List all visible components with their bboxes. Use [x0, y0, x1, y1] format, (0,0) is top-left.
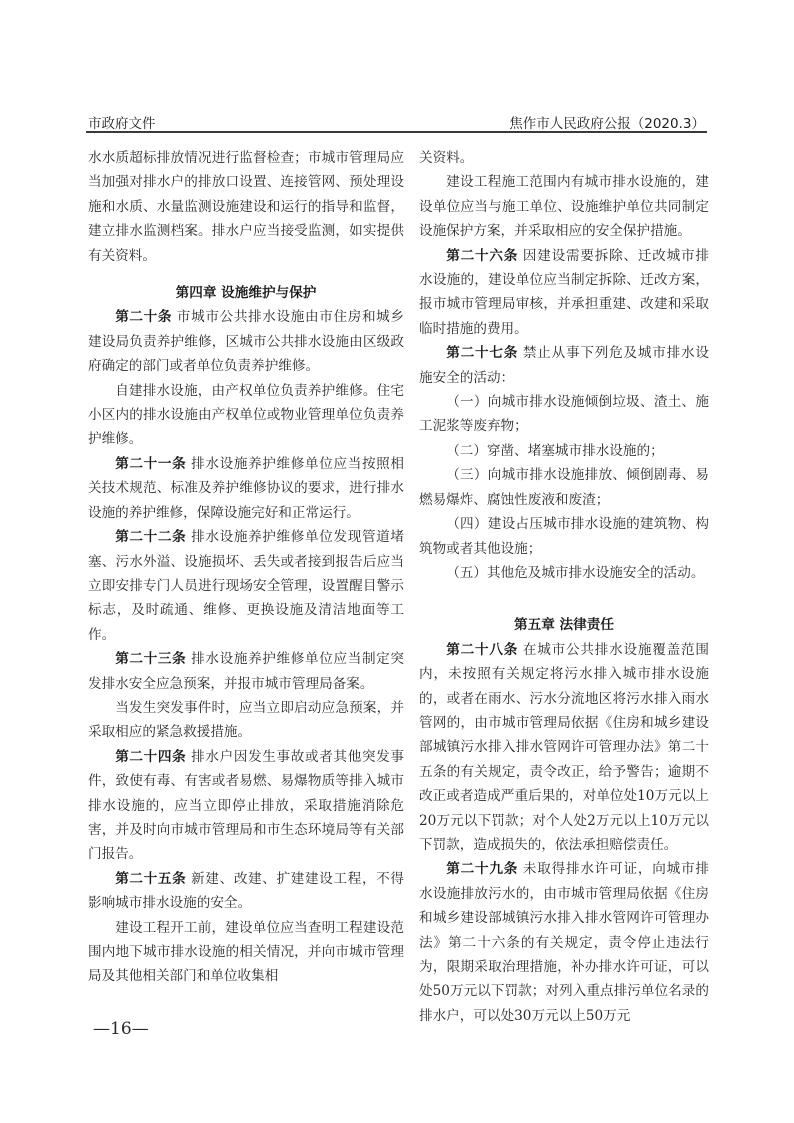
left-column: 水水质超标排放情况进行监督检查；市城市管理局应当加强对排水户的排放口设置、连接管… — [88, 146, 404, 989]
chapter-heading-5: 第五章 法律责任 — [419, 613, 709, 637]
page-number: —16— — [93, 1019, 149, 1039]
article-text: 排水设施养护维修单位发现管道堵塞、污水外溢、设施损坏、丢失或者接到报告后应当立即… — [88, 529, 404, 643]
article-text: 未取得排水许可证，向城市排水设施排放污水的，由市城市管理局依据《住房和城乡建设部… — [419, 861, 709, 1023]
article-text: 排水户因发生事故或者其他突发事件，致使有毒、有害或者易燃、易爆物质等排入城市排水… — [88, 749, 404, 863]
article-23-paragraph-2: 当发生突发事件时，应当立即启动应急预案，并采取相应的紧急救援措施。 — [88, 696, 404, 745]
article-label: 第二十四条 — [115, 749, 186, 765]
list-item-3: （三）向城市排水设施排放、倾倒剧毒、易燃易爆炸、腐蚀性废液和废渣； — [419, 463, 709, 512]
article-label: 第二十八条 — [446, 642, 518, 658]
article-23: 第二十三条排水设施养护维修单位应当制定突发排水安全应急预案，并报市城市管理局备案… — [88, 647, 404, 696]
list-item-5: （五）其他危及城市排水设施安全的活动。 — [419, 561, 709, 585]
article-25: 第二十五条新建、改建、扩建建设工程，不得影响城市排水设施的安全。 — [88, 867, 404, 916]
article-label: 第二十六条 — [446, 248, 518, 264]
paragraph-continued: 关资料。 — [419, 146, 709, 170]
header-publication-title: 焦作市人民政府公报（2020.3） — [509, 112, 705, 132]
spacer — [419, 585, 709, 609]
header-rule — [86, 131, 707, 133]
right-column: 关资料。 建设工程施工范围内有城市排水设施的，建设单位应当与施工单位、设施维护单… — [419, 146, 709, 1028]
article-21: 第二十一条排水设施养护维修单位应当按照相关技术规范、标准及养护维修协议的要求，进… — [88, 452, 404, 525]
article-27: 第二十七条禁止从事下列危及城市排水设施安全的活动： — [419, 341, 709, 390]
running-header: 市政府文件 焦作市人民政府公报（2020.3） — [86, 110, 707, 130]
header-section-title: 市政府文件 — [88, 112, 156, 132]
list-item-2: （二）穿凿、堵塞城市排水设施的； — [419, 439, 709, 463]
article-label: 第二十九条 — [446, 861, 518, 877]
chapter-heading-4: 第四章 设施维护与保护 — [88, 281, 404, 305]
article-label: 第二十一条 — [115, 456, 186, 472]
article-25-paragraph-2: 建设工程开工前，建设单位应当查明工程建设范围内地下城市排水设施的相关情况，并向市… — [88, 916, 404, 989]
article-29: 第二十九条未取得排水许可证，向城市排水设施排放污水的，由市城市管理局依据《住房和… — [419, 857, 709, 1028]
article-label: 第二十二条 — [115, 529, 186, 545]
article-22: 第二十二条排水设施养护维修单位发现管道堵塞、污水外溢、设施损坏、丢失或者接到报告… — [88, 525, 404, 647]
list-item-4: （四）建设占压城市排水设施的建筑物、构筑物或者其他设施； — [419, 512, 709, 561]
article-label: 第二十七条 — [446, 345, 518, 361]
article-20: 第二十条市城市公共排水设施由市住房和城乡建设局负责养护维修，区城市公共排水设施由… — [88, 305, 404, 378]
article-28: 第二十八条在城市公共排水设施覆盖范围内，未按照有关规定将污水排入城市排水设施的，… — [419, 638, 709, 858]
article-25-paragraph-3: 建设工程施工范围内有城市排水设施的，建设单位应当与施工单位、设施维护单位共同制定… — [419, 170, 709, 243]
article-label: 第二十五条 — [115, 871, 186, 887]
article-20-paragraph-2: 自建排水设施，由产权单位负责养护维修。住宅小区内的排水设施由产权单位或物业管理单… — [88, 379, 404, 452]
list-item-1: （一）向城市排水设施倾倒垃圾、渣土、施工泥浆等废弃物； — [419, 390, 709, 439]
article-label: 第二十三条 — [115, 651, 186, 667]
article-text: 在城市公共排水设施覆盖范围内，未按照有关规定将污水排入城市排水设施的，或者在雨水… — [419, 642, 709, 853]
article-26: 第二十六条因建设需要拆除、迁改城市排水设施的，建设单位应当制定拆除、迁改方案，报… — [419, 244, 709, 342]
article-24: 第二十四条排水户因发生事故或者其他突发事件，致使有毒、有害或者易燃、易爆物质等排… — [88, 745, 404, 867]
article-label: 第二十条 — [115, 309, 172, 325]
paragraph-continued: 水水质超标排放情况进行监督检查；市城市管理局应当加强对排水户的排放口设置、连接管… — [88, 146, 404, 268]
